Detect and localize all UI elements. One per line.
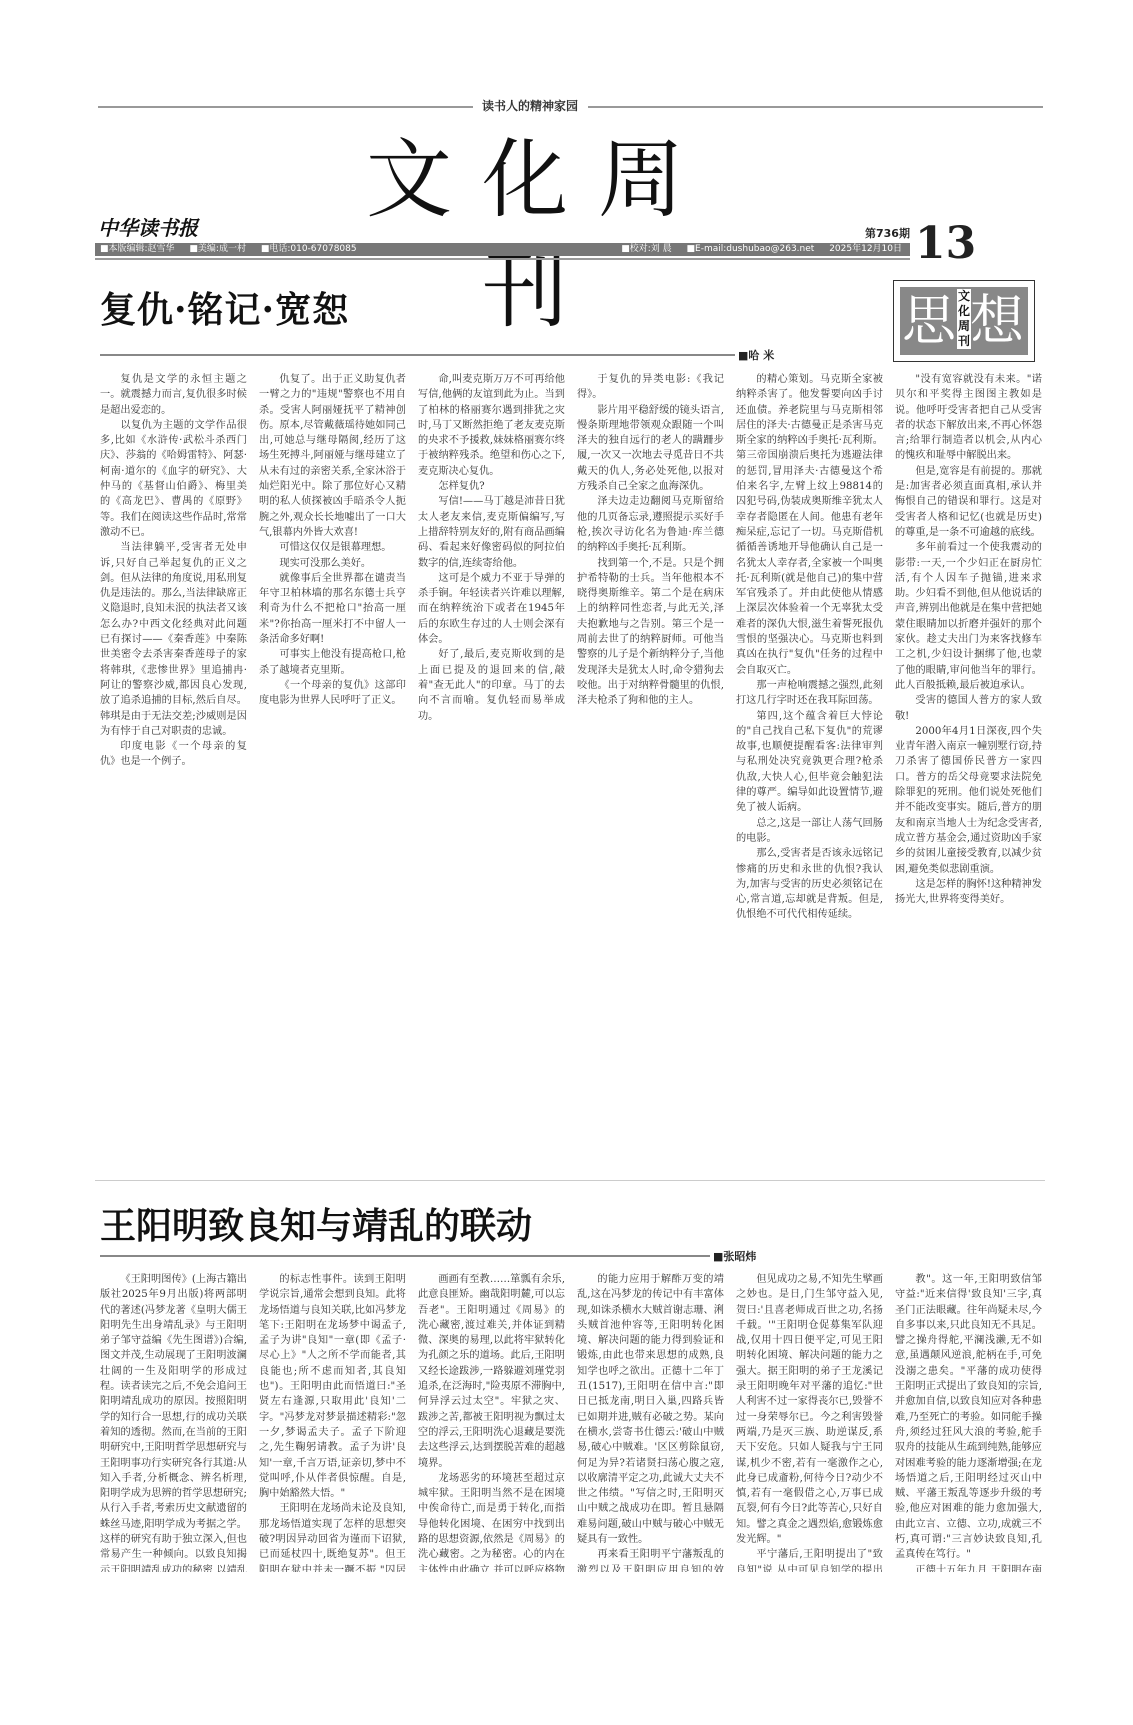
masthead-title: 文化周刊 [330, 125, 750, 345]
paragraph: 现实可没那么美好。 [259, 556, 406, 571]
article1-author: ■哈 米 [738, 347, 774, 363]
emblem-char-left: 思 [902, 291, 956, 351]
paragraph: 《一个母亲的复仇》这部印度电影为世界人民呼吁了正义。 [259, 678, 406, 709]
article2-column-1: 《王阳明图传》(上海古籍出版社2025年9月出版)将两部明代的著述(冯梦龙著《皇… [100, 1272, 247, 1572]
paragraph: 总之,这是一部让人荡气回肠的电影。 [736, 816, 883, 847]
paragraph: 多年前看过一个使我震动的影带:一天,一个少妇正在厨房忙活,有个人因车子抛锚,进来… [895, 540, 1042, 693]
slogan-rule-left [98, 106, 473, 108]
paragraph: 但是,宽容是有前提的。那就是:加害者必须直面真相,承认并悔恨自己的错误和罪行。这… [895, 464, 1042, 540]
paragraph: 平宁藩后,王阳明提出了"致良知"说,从中可见良知学的提出与平宁藩紧密相关。正德十… [736, 1547, 883, 1572]
paragraph: 画画有至教……箪瓢有余乐,此意良匪矫。幽哉阳明麓,可以忘吾老"。王阳明通过《周易… [418, 1272, 565, 1471]
paragraph: 印度电影《一个母亲的复仇》也是一个例子。 [100, 739, 247, 770]
paragraph: 的能力应用于解酢万变的靖乱,这在冯梦龙的传记中有丰富体现,如诛杀横水大贼首谢志珊… [577, 1272, 724, 1547]
paragraph: 找到第一个,不是。只是个拥护希特勒的士兵。当年他根本不晓得奥斯维辛。第二个是在病… [577, 556, 724, 709]
paragraph: 那一声枪响震撼之强烈,此刻打这几行字时还在我耳际回荡。 [736, 678, 883, 709]
article2-column-2: 的标志性事件。读到王阳明学说宗旨,通常会想到良知。此将龙场悟道与良知关联,比如冯… [259, 1272, 406, 1572]
page-number: 13 [915, 222, 976, 266]
article2-title: 王阳明致良知与靖乱的联动 [100, 1198, 532, 1249]
phone-info: ■电话:010-67078085 [261, 244, 357, 254]
paragraph: 写信!——马丁越是沛昔日犹太人老友来信,麦克斯偏编写,写上措辞特别友好的,附有商… [418, 494, 565, 570]
paragraph: 命,叫麦克斯万万不可再给他写信,他俩的友谊到此为止。当到了柏林的格丽赛尔遇到排犹… [418, 372, 565, 479]
article1-column-5: 的精心策划。马克斯全家被纳粹杀害了。他发誓要向凶手讨还血债。养老院里与马克斯相邻… [736, 372, 883, 1162]
email-info: ■E-mail:dushubao@263.net [687, 244, 815, 254]
paragraph: 于复仇的异类电影:《我记得》。 [577, 372, 724, 403]
article2-author: ■张昭炜 [713, 1248, 756, 1264]
header-rule [95, 258, 910, 260]
paragraph: 可事实上他没有提高枪口,枪杀了越境者克里斯。 [259, 647, 406, 678]
paragraph: 好了,最后,麦克斯收到的是上面已提及的退回来的信,敲着"查无此人"的印章。马丁的… [418, 647, 565, 723]
article2-column-5: 但见成功之易,不知先生擘画之妙也。是日,门生邹守益入见,贺曰:'且喜老师成百世之… [736, 1272, 883, 1572]
paragraph: 这是怎样的胸怀!这种精神发扬光大,世界将变得美好。 [895, 877, 1042, 908]
proofreader-info: ■校对:刘 晨 [621, 244, 671, 254]
paragraph: 当法律躺平,受害者无处申诉,只好自己举起复仇的正义之剑。但从法律的角度说,用私刑… [100, 540, 247, 739]
paragraph: 受害的德国人普方的家人致敬! [895, 693, 1042, 724]
emblem-panel: 思 想 文化周刊 [900, 287, 1028, 355]
article2-column-3: 画画有至教……箪瓢有余乐,此意良匪矫。幽哉阳明麓,可以忘吾老"。王阳明通过《周易… [418, 1272, 565, 1572]
paragraph: 那么,受害者是否该永远铭记惨痛的历史和永世的仇恨?我认为,加害与受害的历史必须铭… [736, 846, 883, 922]
article1-byline-rule [100, 354, 735, 356]
article1-column-1: 复仇是文学的永恒主题之一。就震撼力而言,复仇很多时候是超出爱恋的。以复仇为主题的… [100, 372, 247, 1162]
paragraph: 2000年4月1日深夜,四个失业青年潜入南京一幢别墅行窃,持刀杀害了德国侨民普方… [895, 724, 1042, 877]
article-divider [95, 1180, 1045, 1181]
slogan-rule-right [588, 106, 1043, 108]
article1-column-2: 仇复了。出于正义助复仇者一臂之力的"违规"警察也不用自杀。受害人阿丽娅抚平了精神… [259, 372, 406, 1162]
paragraph: 正德十五年九月,王阳明在南昌提出致良知,王阳明在正德十五年前后提出致良知,而是推… [895, 1563, 1042, 1572]
issue-number: 第736期 [865, 225, 910, 241]
info-bar: ■本版编辑:赵雪华 ■美编:成一村 ■电话:010-67078085 ■校对:刘… [95, 243, 910, 256]
paragraph: 教"。这一年,王阳明致信邹守益:"近来信得'致良知'三字,真圣门正法眼藏。往年尚… [895, 1272, 1042, 1563]
article2-column-4: 的能力应用于解酢万变的靖乱,这在冯梦龙的传记中有丰富体现,如诛杀横水大贼首谢志珊… [577, 1272, 724, 1572]
paragraph: 泽夫边走边翻阅马克斯留给他的几页备忘录,遵照提示买好手枪,挨次寻访化名为鲁迪·库… [577, 494, 724, 555]
info-bar-left: ■本版编辑:赵雪华 ■美编:成一村 ■电话:010-67078085 [100, 243, 369, 256]
article2-column-6: 教"。这一年,王阳明致信邹守益:"近来信得'致良知'三字,真圣门正法眼藏。往年尚… [895, 1272, 1042, 1572]
article1-column-6: "没有宽容就没有未来。"诺贝尔和平奖得主图图主教如是说。他呼吁受害者把自己从受害… [895, 372, 1042, 1162]
paper-logo: 中华读书报 [98, 212, 198, 241]
paragraph: 王阳明在龙场尚未论及良知,那龙场悟道实现了怎样的思想突破?明因异动回省为谨而下诏… [259, 1501, 406, 1572]
paragraph: 怎样复仇? [418, 479, 565, 494]
paragraph: 第四,这个蕴含着巨大悖论的"自己找自己私下复仇"的荒谬故事,也顺便提醒看客:法律… [736, 709, 883, 816]
paragraph: 影片用平稳舒缓的镜头语言,慢条斯理地带领观众跟随一个叫泽夫的独自远行的老人的蹒跚… [577, 403, 724, 495]
paragraph: 但见成功之易,不知先生擘画之妙也。是日,门生邹守益入见,贺曰:'且喜老师成百世之… [736, 1272, 883, 1547]
paragraph: 仇复了。出于正义助复仇者一臂之力的"违规"警察也不用自杀。受害人阿丽娅抚平了精神… [259, 372, 406, 540]
paragraph: 的标志性事件。读到王阳明学说宗旨,通常会想到良知。此将龙场悟道与良知关联,比如冯… [259, 1272, 406, 1501]
editor-info: ■本版编辑:赵雪华 [100, 244, 175, 254]
date-info: 2025年12月10日 [829, 244, 902, 254]
paragraph: 可惜这仅仅是银幕理想。 [259, 540, 406, 555]
paragraph: 就像事后全世界都在谴责当年守卫柏林墙的那名东德士兵亨利奇为什么不把枪口"抬高一厘… [259, 571, 406, 647]
designer-info: ■美编:成一村 [189, 244, 246, 254]
paragraph: 复仇是文学的永恒主题之一。就震撼力而言,复仇很多时候是超出爱恋的。 [100, 372, 247, 418]
article1-title: 复仇·铭记·宽恕 [100, 282, 349, 333]
paragraph: 这可是个威力不亚于导弹的杀手锏。年轻读者兴许难以理解,而在纳粹统治下或者在194… [418, 571, 565, 647]
article1-column-3: 命,叫麦克斯万万不可再给他写信,他俩的友谊到此为止。当到了柏林的格丽赛尔遇到排犹… [418, 372, 565, 1162]
paragraph: 《王阳明图传》(上海古籍出版社2025年9月出版)将两部明代的著述(冯梦龙著《皇… [100, 1272, 247, 1572]
paragraph: 以复仇为主题的文学作品很多,比如《水浒传·武松斗杀西门庆》、莎翁的《哈姆雷特》、… [100, 418, 247, 540]
article2-body: 《王阳明图传》(上海古籍出版社2025年9月出版)将两部明代的著述(冯梦龙著《皇… [100, 1272, 1042, 1572]
section-emblem: 思 想 文化周刊 [893, 280, 1035, 362]
paragraph: 再来看王阳明平宁藩叛乱的激烈以及王阳明应用良知的效果:"宸濠自六月十四日举逆,至… [577, 1547, 724, 1572]
paragraph: "没有宽容就没有未来。"诺贝尔和平奖得主图图主教如是说。他呼吁受害者把自己从受害… [895, 372, 1042, 464]
article2-byline-rule [100, 1255, 710, 1257]
info-bar-right: ■校对:刘 晨 ■E-mail:dushubao@263.net 2025年12… [621, 243, 902, 256]
paragraph: 的精心策划。马克斯全家被纳粹杀害了。他发誓要向凶手讨还血债。养老院里与马克斯相邻… [736, 372, 883, 678]
paragraph: 龙场恶劣的环境甚至超过京城牢狱。王阳明当然不是在困境中俟命待亡,而是勇于转化,而… [418, 1471, 565, 1572]
slogan: 读书人的精神家园 [480, 97, 580, 114]
article1-column-4: 于复仇的异类电影:《我记得》。影片用平稳舒缓的镜头语言,慢条斯理地带领观众跟随一… [577, 372, 724, 1162]
emblem-char-right: 想 [970, 291, 1024, 351]
article1-body: 复仇是文学的永恒主题之一。就震撼力而言,复仇很多时候是超出爱恋的。以复仇为主题的… [100, 372, 1042, 1162]
emblem-vertical-label: 文化周刊 [957, 289, 971, 349]
